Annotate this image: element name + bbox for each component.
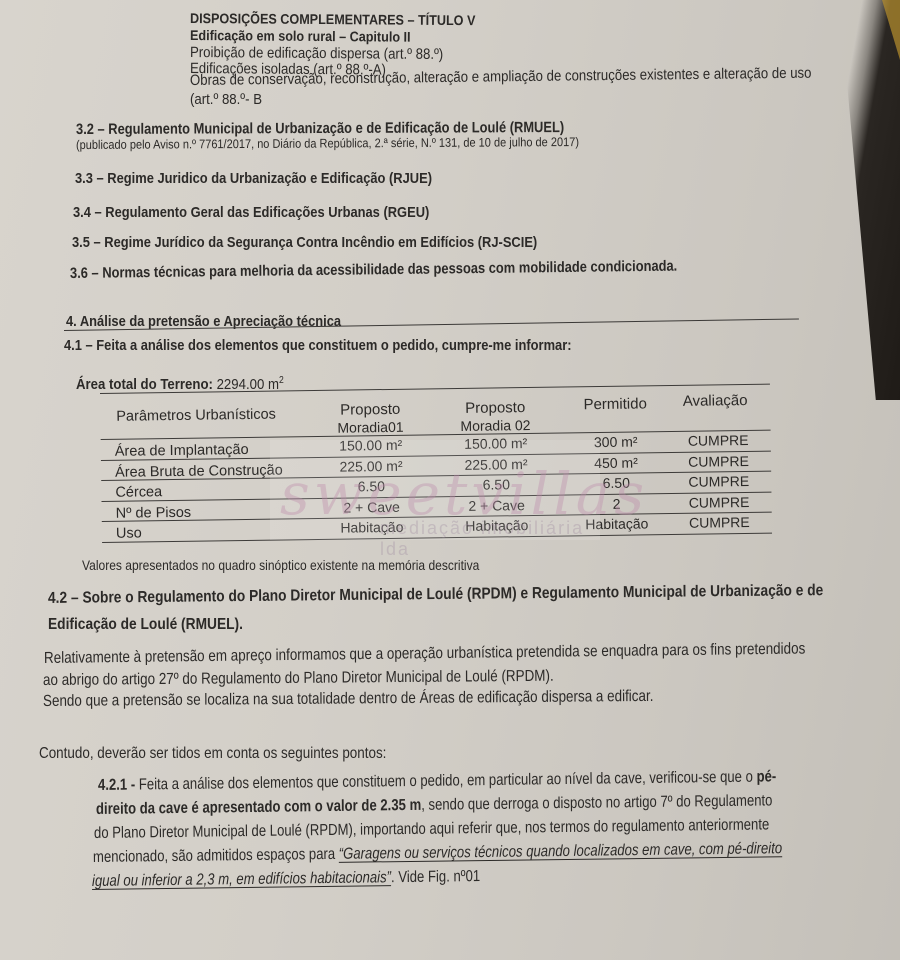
table-cell-m1: 6.50 — [321, 478, 421, 495]
section-4-2-1-bold: pé- — [756, 768, 776, 785]
table-cell-m1: 2 + Cave — [322, 498, 422, 515]
header-title: DISPOSIÇÕES COMPLEMENTARES – TÍTULO V — [190, 10, 475, 28]
table-footnote: Valores apresentados no quadro sinóptico… — [82, 557, 479, 573]
table-cell-permitido: 300 m² — [561, 433, 671, 451]
section-4-2-1-bold: direito da cave é apresentado com o valo… — [96, 797, 421, 818]
urban-parameters-table: Parâmetros Urbanísticos Proposto Moradia… — [100, 384, 772, 548]
table-cell-avaliacao: CUMPRE — [671, 432, 766, 449]
table-cell-permitido: 6.50 — [561, 474, 671, 492]
header-line: (art.º 88.º- B — [190, 91, 262, 108]
header-subtitle: Edificação em solo rural – Capitulo II — [190, 27, 411, 45]
section-4-2-1-quote: igual ou inferior a 2,3 m, em edifícios … — [92, 869, 391, 890]
section-4-2-heading-2: Edificação de Loulé (RMUEL). — [48, 616, 243, 634]
section-4-2-para: Relativamente à pretensão em apreço info… — [44, 641, 805, 668]
terrain-area-unit: 2 — [279, 375, 284, 386]
table-header-permitido: Permitido — [560, 395, 670, 414]
section-4-2-contudo: Contudo, deverão ser tidos em conta os s… — [39, 745, 386, 763]
section-4-2-para: Sendo que a pretensão se localiza na sua… — [43, 688, 654, 711]
table-cell-m2: 6.50 — [446, 476, 546, 493]
table-cell-avaliacao: CUMPRE — [671, 493, 766, 510]
table-header-avaliacao: Avaliação — [670, 392, 760, 410]
table-cell-avaliacao: CUMPRE — [671, 452, 766, 469]
section-4-2-1-line-1: 4.2.1 - Feita a análise dos elementos qu… — [98, 768, 776, 795]
table-cell-m1: Habitação — [322, 519, 422, 536]
section-4-2-para: ao abrigo do artigo 27º do Regulamento d… — [43, 668, 554, 690]
page-edge-shadow — [790, 0, 900, 400]
section-4-2-1-line-3: do Plano Diretor Municipal de Loulé (RPD… — [94, 816, 769, 843]
regulation-3-6: 3.6 – Normas técnicas para melhoria da a… — [70, 258, 677, 282]
terrain-area-label: Área total do Terreno: — [76, 376, 213, 393]
table-header-m1: Proposto — [320, 401, 420, 419]
table-header-parametros: Parâmetros Urbanísticos — [116, 407, 276, 425]
section-4-2-1-line-4: mencionado, são admitidos espaços para “… — [93, 840, 782, 867]
regulation-3-2-note: (publicado pelo Aviso n.º 7761/2017, no … — [76, 135, 579, 152]
table-cell-m2: 2 + Cave — [446, 496, 546, 513]
table-cell-permitido: Habitação — [562, 515, 672, 533]
table-cell-m2: 150.00 m² — [446, 435, 546, 452]
section-4-2-1-text: . Vide Fig. nº01 — [391, 868, 480, 886]
table-header-m1-sub: Moradia01 — [320, 419, 420, 436]
document-page: DISPOSIÇÕES COMPLEMENTARES – TÍTULO V Ed… — [0, 0, 900, 960]
table-cell-m1: 150.00 m² — [321, 437, 421, 454]
table-header-m2: Proposto — [445, 399, 545, 417]
section-4-2-heading-1: 4.2 – Sobre o Regulamento do Plano Diret… — [48, 582, 823, 608]
section-4-2-1-text: mencionado, são admitidos espaços para — [93, 846, 339, 866]
table-header-m2-sub: Moradia 02 — [445, 417, 545, 434]
table-cell-m2: Habitação — [447, 517, 547, 534]
regulation-3-4: 3.4 – Regulamento Geral das Edificações … — [73, 204, 429, 221]
table-cell-avaliacao: CUMPRE — [672, 514, 767, 531]
section-4-2-1-line-5: igual ou inferior a 2,3 m, em edifícios … — [92, 868, 480, 891]
table-cell-permitido: 450 m² — [561, 454, 671, 472]
section-4-2-1-quote: “Garagens ou serviços técnicos quando lo… — [339, 840, 783, 863]
section-4-1-text-content: 4.1 – Feita a análise dos elementos que … — [64, 337, 572, 354]
table-cell-avaliacao: CUMPRE — [671, 473, 766, 490]
regulation-3-3: 3.3 – Regime Juridico da Urbanização e E… — [75, 170, 432, 187]
section-4-2-1-line-2: direito da cave é apresentado com o valo… — [96, 792, 773, 819]
section-4-2-1-number: 4.2.1 - — [98, 777, 135, 794]
section-4-1-text: 4.1 – Feita a análise dos elementos que … — [64, 337, 572, 354]
table-cell-m1: 225.00 m² — [321, 457, 421, 474]
table-cell-m2: 225.00 m² — [446, 455, 546, 472]
regulation-3-5: 3.5 – Regime Jurídico da Segurança Contr… — [72, 234, 537, 251]
section-4-2-1-text: , sendo que derroga o disposto no artigo… — [421, 792, 772, 813]
section-4-2-1-text: Feita a análise dos elementos que consti… — [139, 769, 753, 794]
table-cell-permitido: 2 — [561, 495, 671, 513]
